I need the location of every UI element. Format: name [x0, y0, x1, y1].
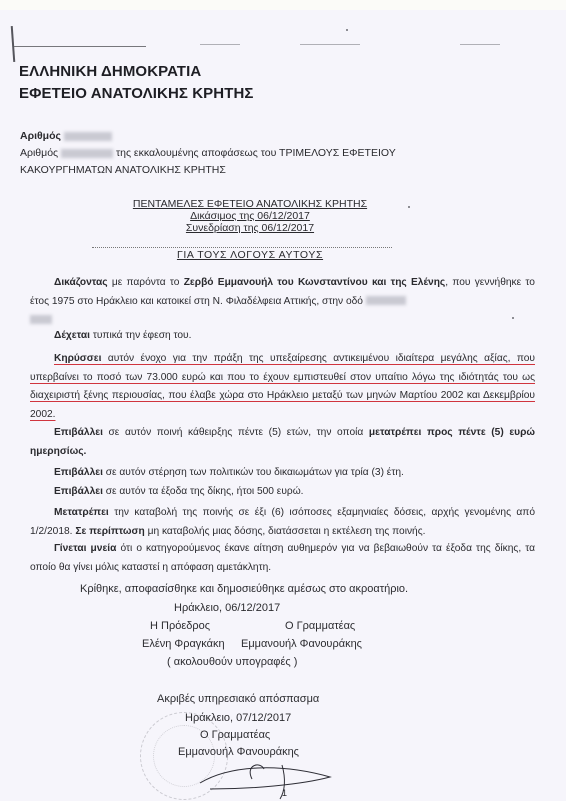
keyword-trying: Δικάζοντας: [54, 277, 108, 288]
keyword-declares: Κηρύσσει: [54, 353, 101, 364]
keyword-in-case: Σε περίπτωση: [75, 526, 144, 537]
appeal-number-label: Αριθμός: [20, 147, 58, 159]
certified-copy-line: Ακριβές υπηρεσιακό απόσπασμα: [157, 693, 319, 705]
redacted-number: [64, 132, 112, 141]
scan-speck: [408, 206, 410, 208]
redacted-address: [366, 296, 406, 305]
header-republic: ΕΛΛΗΝΙΚΗ ΔΗΜΟΚΡΑΤΙΑ: [19, 63, 201, 80]
session-date: Συνεδρίαση της 06/12/2017: [100, 222, 400, 234]
scan-speck: [346, 29, 348, 31]
scan-top-margin: [0, 0, 566, 10]
certified-place-date: Ηράκλειο, 07/12/2017: [185, 712, 291, 724]
scan-artifact: [460, 44, 500, 45]
court-name: ΠΕΝΤΑΜΕΛΕΣ ΕΦΕΤΕΙΟ ΑΝΑΤΟΛΙΚΗΣ ΚΡΗΤΗΣ: [100, 198, 400, 210]
dotted-divider: [92, 247, 392, 248]
keyword-mention: Γίνεται μνεία: [54, 543, 116, 554]
redacted-address-number: [30, 315, 52, 324]
paragraph-mention: Γίνεται μνεία ότι ο κατηγορούμενος έκανε…: [30, 540, 535, 577]
text: σε αυτόν τα έξοδα της δίκης, ήτοι 500 ευ…: [103, 486, 304, 497]
certified-secretary-title: Ο Γραμματέας: [200, 729, 270, 741]
text: μη καταβολής μιας δόσης, διατάσσεται η ε…: [145, 526, 426, 537]
defendant-name: Ζερβό Εμμανουήλ του Κωνσταντίνου και της…: [184, 277, 446, 288]
header-court: ΕΦΕΤΕΙΟ ΑΝΑΤΟΛΙΚΗΣ ΚΡΗΤΗΣ: [19, 85, 254, 102]
paragraph-declares-guilty: Κηρύσσει αυτόν ένοχο για την πράξη της υ…: [30, 350, 535, 424]
paragraph-trying: Δικάζοντας με παρόντα το Ζερβό Εμμανουήλ…: [30, 274, 535, 330]
keyword-imposes: Επιβάλλει: [54, 427, 103, 438]
appeal-text: της εκκαλουμένης αποφάσεως του ΤΡΙΜΕΛΟΥΣ…: [116, 147, 396, 159]
closing-statement: Κρίθηκε, αποφασίσθηκε και δημοσιεύθηκε α…: [80, 583, 408, 595]
paragraph-civil-rights: Επιβάλλει σε αυτόν στέρηση των πολιτικών…: [30, 464, 535, 483]
scan-artifact: [200, 44, 240, 45]
scan-artifact: [300, 44, 360, 45]
paragraph-installments: Μετατρέπει την καταβολή της ποινής σε έξ…: [30, 504, 535, 541]
decision-number: Αριθμός: [20, 130, 112, 142]
reasons-heading: ΓΙΑ ΤΟΥΣ ΛΟΓΟΥΣ ΑΥΤΟΥΣ: [100, 249, 400, 261]
hearing-date: Δικάσιμος της 06/12/2017: [100, 210, 400, 222]
appeal-reference: Αριθμός της εκκαλουμένης αποφάσεως του Τ…: [20, 147, 396, 159]
secretary-title: Ο Γραμματέας: [285, 620, 355, 632]
text: αυτόν ένοχο για την πράξη της υπεξαίρεση…: [30, 353, 535, 420]
text: σε αυτόν στέρηση των πολιτικών του δικαι…: [103, 467, 404, 478]
keyword-imposes: Επιβάλλει: [54, 467, 103, 478]
text: με παρόντα το: [108, 277, 184, 288]
secretary-name: Εμμανουήλ Φανουράκης: [241, 638, 362, 650]
keyword-imposes: Επιβάλλει: [54, 486, 103, 497]
keyword-accepts: Δέχεται: [54, 330, 90, 341]
handwritten-signature: [190, 755, 350, 800]
redacted-appeal-number: [61, 149, 113, 158]
appeal-text-continued: ΚΑΚΟΥΡΓΗΜΑΤΩΝ ΑΝΑΤΟΛΙΚΗΣ ΚΡΗΤΗΣ: [20, 164, 226, 176]
scan-speck: [512, 317, 514, 319]
decision-number-label: Αριθμός: [20, 130, 61, 142]
president-name: Ελένη Φραγκάκη: [142, 638, 225, 650]
page-number: 1: [282, 788, 287, 798]
closing-place-date: Ηράκλειο, 06/12/2017: [174, 602, 280, 614]
text: σε αυτόν ποινή κάθειρξης πέντε (5) ετών,…: [103, 427, 369, 438]
paragraph-costs: Επιβάλλει σε αυτόν τα έξοδα της δίκης, ή…: [30, 483, 535, 502]
paragraph-accepts: Δέχεται τυπικά την έφεση του.: [30, 327, 535, 346]
keyword-converts: Μετατρέπει: [54, 507, 109, 518]
text: τυπικά την έφεση του.: [90, 330, 191, 341]
corner-mark-horizontal: [14, 46, 146, 47]
signatures-note: ( ακολουθούν υπογραφές ): [167, 656, 297, 668]
president-title: Η Πρόεδρος: [150, 620, 210, 632]
paragraph-sentence: Επιβάλλει σε αυτόν ποινή κάθειρξης πέντε…: [30, 424, 535, 461]
